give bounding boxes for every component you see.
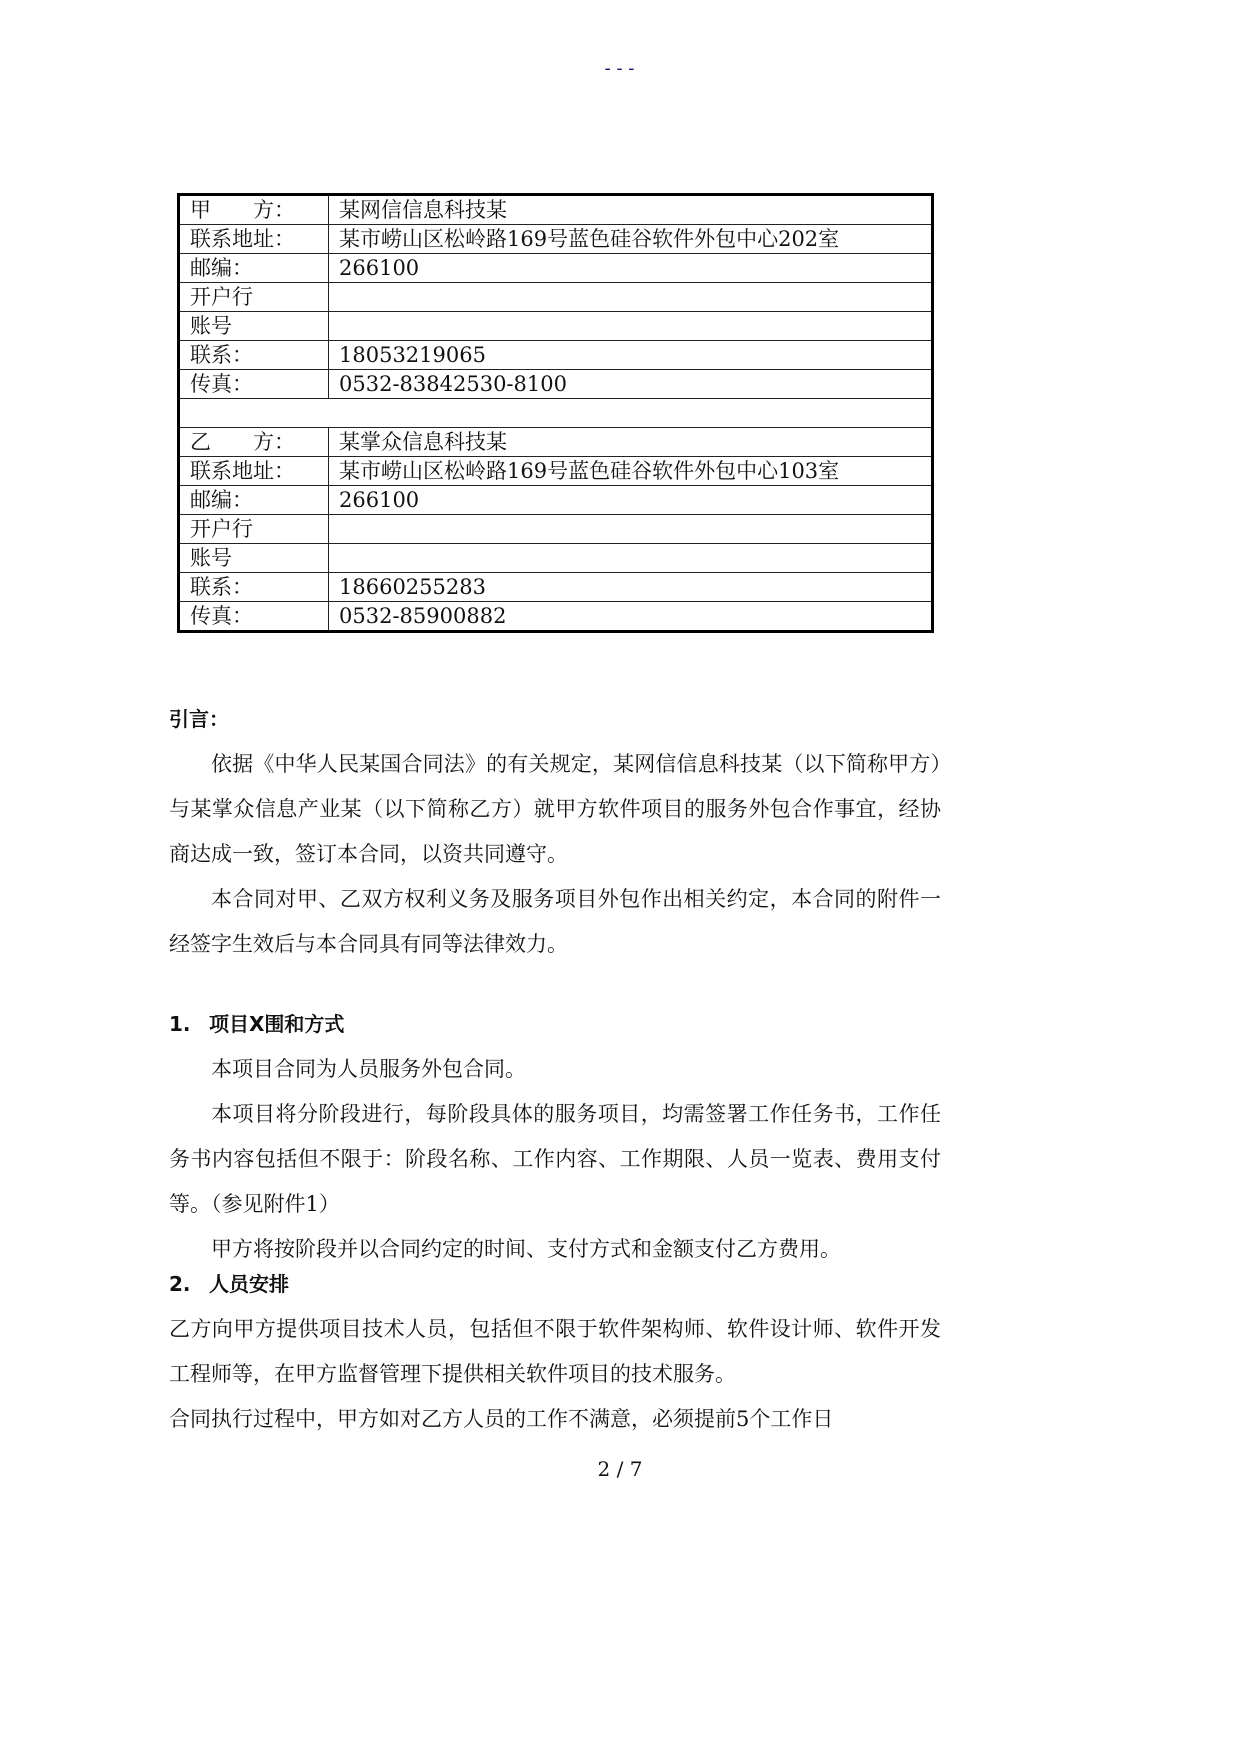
table-spacer-row bbox=[179, 399, 933, 428]
row-value bbox=[329, 515, 933, 544]
table-row: 甲 方：某网信信息科技某 bbox=[179, 195, 933, 225]
row-label: 开户行 bbox=[179, 515, 329, 544]
table-row: 乙 方：某掌众信息科技某 bbox=[179, 428, 933, 457]
row-value: 0532-83842530-8100 bbox=[329, 370, 933, 399]
table-row: 联系：18053219065 bbox=[179, 341, 933, 370]
row-label: 甲 方： bbox=[179, 195, 329, 225]
parties-info-table: 甲 方：某网信信息科技某 联系地址：某市崂山区松岭路169号蓝色硅谷软件外包中心… bbox=[177, 193, 934, 633]
table-row: 开户行 bbox=[179, 515, 933, 544]
table-row: 账号 bbox=[179, 544, 933, 573]
row-value bbox=[329, 283, 933, 312]
section-heading: 1.项目X围和方式 bbox=[169, 1002, 941, 1047]
row-label: 联系： bbox=[179, 341, 329, 370]
intro-section: 引言： 依据《中华人民某国合同法》的有关规定，某网信信息科技某（以下简称甲方）与… bbox=[169, 697, 941, 967]
row-label: 账号 bbox=[179, 544, 329, 573]
page-number: 2 / 7 bbox=[0, 1457, 1240, 1481]
row-label: 账号 bbox=[179, 312, 329, 341]
table-row: 邮编：266100 bbox=[179, 254, 933, 283]
row-label: 邮编： bbox=[179, 254, 329, 283]
table-row: 联系地址：某市崂山区松岭路169号蓝色硅谷软件外包中心202室 bbox=[179, 225, 933, 254]
table-row: 传真：0532-83842530-8100 bbox=[179, 370, 933, 399]
section-title: 人员安排 bbox=[209, 1272, 289, 1296]
row-value: 某掌众信息科技某 bbox=[329, 428, 933, 457]
spacer-cell bbox=[179, 399, 933, 428]
row-label: 传真： bbox=[179, 370, 329, 399]
row-value: 某市崂山区松岭路169号蓝色硅谷软件外包中心202室 bbox=[329, 225, 933, 254]
row-value: 266100 bbox=[329, 486, 933, 515]
row-label: 开户行 bbox=[179, 283, 329, 312]
row-value: 某市崂山区松岭路169号蓝色硅谷软件外包中心103室 bbox=[329, 457, 933, 486]
intro-paragraph: 依据《中华人民某国合同法》的有关规定，某网信信息科技某（以下简称甲方）与某掌众信… bbox=[169, 742, 941, 877]
row-value: 0532-85900882 bbox=[329, 602, 933, 632]
row-label: 联系： bbox=[179, 573, 329, 602]
section-paragraph: 本项目将分阶段进行，每阶段具体的服务项目，均需签署工作任务书，工作任务书内容包括… bbox=[169, 1092, 941, 1227]
section-2: 2.人员安排 乙方向甲方提供项目技术人员，包括但不限于软件架构师、软件设计师、软… bbox=[169, 1262, 941, 1442]
table-row: 联系地址：某市崂山区松岭路169号蓝色硅谷软件外包中心103室 bbox=[179, 457, 933, 486]
section-paragraph: 乙方向甲方提供项目技术人员，包括但不限于软件架构师、软件设计师、软件开发工程师等… bbox=[169, 1307, 941, 1397]
table-row: 传真：0532-85900882 bbox=[179, 602, 933, 632]
row-value bbox=[329, 312, 933, 341]
row-value: 18660255283 bbox=[329, 573, 933, 602]
table-row: 联系：18660255283 bbox=[179, 573, 933, 602]
row-value: 某网信信息科技某 bbox=[329, 195, 933, 225]
row-label: 邮编： bbox=[179, 486, 329, 515]
row-value: 18053219065 bbox=[329, 341, 933, 370]
section-number: 2. bbox=[169, 1262, 209, 1307]
section-paragraph: 本项目合同为人员服务外包合同。 bbox=[169, 1047, 941, 1092]
section-number: 1. bbox=[169, 1002, 209, 1047]
table-row: 开户行 bbox=[179, 283, 933, 312]
row-label: 传真： bbox=[179, 602, 329, 632]
intro-paragraph: 本合同对甲、乙双方权利义务及服务项目外包作出相关约定，本合同的附件一经签字生效后… bbox=[169, 877, 941, 967]
intro-heading: 引言： bbox=[169, 697, 941, 742]
row-label: 联系地址： bbox=[179, 225, 329, 254]
section-heading: 2.人员安排 bbox=[169, 1262, 941, 1307]
header-mark: --- bbox=[0, 58, 1240, 79]
table-row: 邮编：266100 bbox=[179, 486, 933, 515]
row-value bbox=[329, 544, 933, 573]
row-label: 联系地址： bbox=[179, 457, 329, 486]
row-label: 乙 方： bbox=[179, 428, 329, 457]
section-paragraph: 合同执行过程中，甲方如对乙方人员的工作不满意，必须提前5个工作日 bbox=[169, 1397, 941, 1442]
section-title: 项目X围和方式 bbox=[209, 1012, 344, 1036]
section-1: 1.项目X围和方式 本项目合同为人员服务外包合同。 本项目将分阶段进行，每阶段具… bbox=[169, 1002, 941, 1272]
table-row: 账号 bbox=[179, 312, 933, 341]
row-value: 266100 bbox=[329, 254, 933, 283]
